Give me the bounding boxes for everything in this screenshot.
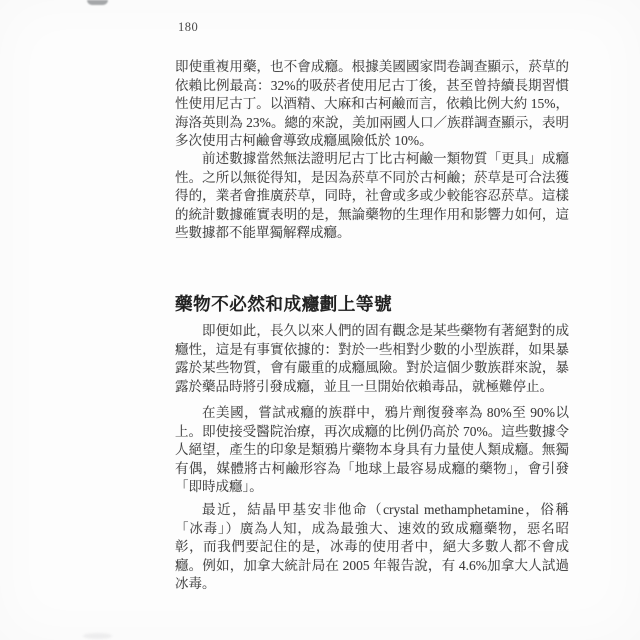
body-paragraph-4: 在美國，嘗試戒癮的族群中，鴉片劑復發率為 80%至 90%以上。即使接受醫院治療… (175, 404, 569, 497)
page-number: 180 (178, 20, 198, 35)
body-paragraph-5: 最近，結晶甲基安非他命（crystal methamphetamine，俗稱「冰… (175, 501, 569, 594)
body-paragraph-1: 即使重複用藥，也不會成癮。根據美國國家問卷調查顯示，菸草的依賴比例最高：32%的… (175, 58, 569, 151)
body-paragraph-2: 前述數據當然無法證明尼古丁比古柯鹼一類物質「更具」成癮性。之所以無從得知，是因為… (175, 150, 569, 243)
page-edge-smudge-top (87, 0, 108, 5)
book-page: 180 即使重複用藥，也不會成癮。根據美國國家問卷調查顯示，菸草的依賴比例最高：… (0, 0, 640, 640)
body-paragraph-3: 即便如此，長久以來人們的固有觀念是某些藥物有著絕對的成癮性，這是有事實依據的：對… (175, 322, 569, 396)
page-edge-smudge-bottom (83, 633, 112, 639)
section-heading: 藥物不必然和成癮劃上等號 (175, 291, 392, 316)
